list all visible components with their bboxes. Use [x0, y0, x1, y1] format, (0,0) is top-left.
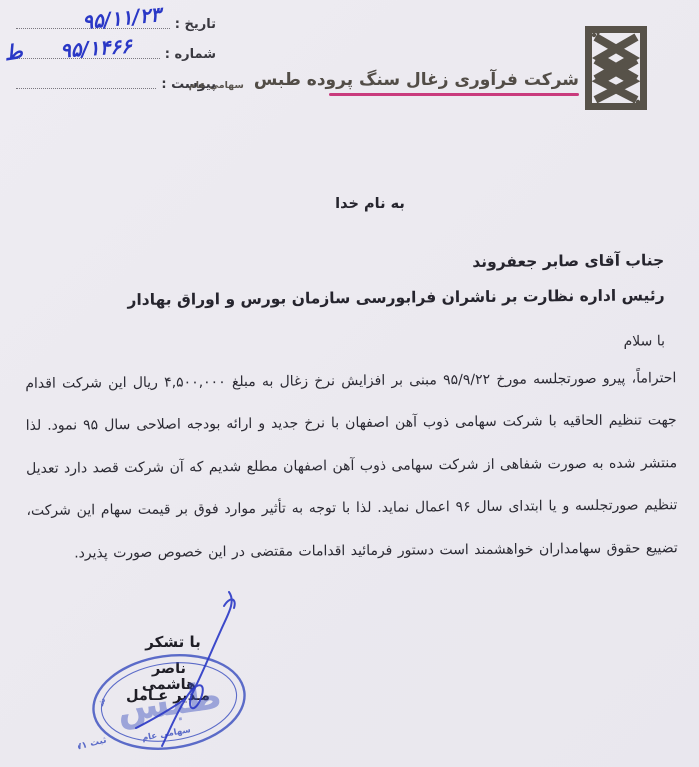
- body-line: جهت تنظیم الحاقیه با شرکت سهامی ذوب آهن …: [26, 400, 677, 448]
- company-stamp: شرکت فرآوری ذغال سنگ پروده طبس سهامی عام…: [78, 586, 273, 766]
- stamp-registration: ثبت ۱۶۷۷۱: [78, 736, 108, 757]
- letterhead-accent-rule: [329, 93, 579, 96]
- stamp-ring-text-top: شرکت فرآوری ذغال سنگ پروده: [78, 586, 107, 708]
- letter-body: احتراماً، پیرو صورتجلسه مورخ ۹۵/۹/۲۲ مبن…: [25, 357, 678, 575]
- number-label: شماره :: [165, 47, 216, 62]
- bismillah: به نام خدا: [264, 196, 476, 212]
- letterhead: شرکت فرآوری زغال سنگ پروده طبس سهامی عام: [329, 70, 579, 96]
- recipient-title: رئیس اداره نظارت بر ناشران فرابورسی سازم…: [33, 284, 665, 312]
- attachment-row: پیوست :: [8, 74, 216, 92]
- company-logo-icon: [585, 26, 647, 110]
- body-line: منتشر شده به صورت شفاهی از شرکت سهامی ذو…: [26, 442, 677, 490]
- date-label: تاریخ :: [175, 17, 216, 32]
- recipient-block: جناب آقای صابر جعفروند رئیس اداره نظارت …: [32, 250, 665, 356]
- handwritten-number-suffix: ط: [2, 39, 24, 66]
- body-line: احتراماً، پیرو صورتجلسه مورخ ۹۵/۹/۲۲ مبن…: [25, 357, 676, 405]
- recipient-name: جناب آقای صابر جعفروند: [32, 250, 664, 276]
- handwritten-number: ۹۵/۱۴۶۶: [59, 34, 132, 63]
- letter-meta-block: تاریخ : شماره : پیوست : ۹۵/۱۱/۲۳ ۹۵/۱۴۶۶…: [8, 14, 216, 104]
- scanned-letter-page: تاریخ : شماره : پیوست : ۹۵/۱۱/۲۳ ۹۵/۱۴۶۶…: [0, 0, 699, 767]
- salutation: با سلام: [33, 332, 665, 356]
- body-line: تضییع حقوق سهامداران خواهشمند است دستور …: [27, 527, 678, 575]
- stamp-center-text: طبس: [114, 673, 224, 731]
- attachment-dotted-line: [16, 74, 156, 89]
- body-line: تنظیم صورتجلسه و یا ابتدای سال ۹۶ اعمال …: [26, 484, 677, 532]
- company-type: سهامی عام: [189, 80, 244, 91]
- company-name: شرکت فرآوری زغال سنگ پروده طبس: [254, 70, 579, 90]
